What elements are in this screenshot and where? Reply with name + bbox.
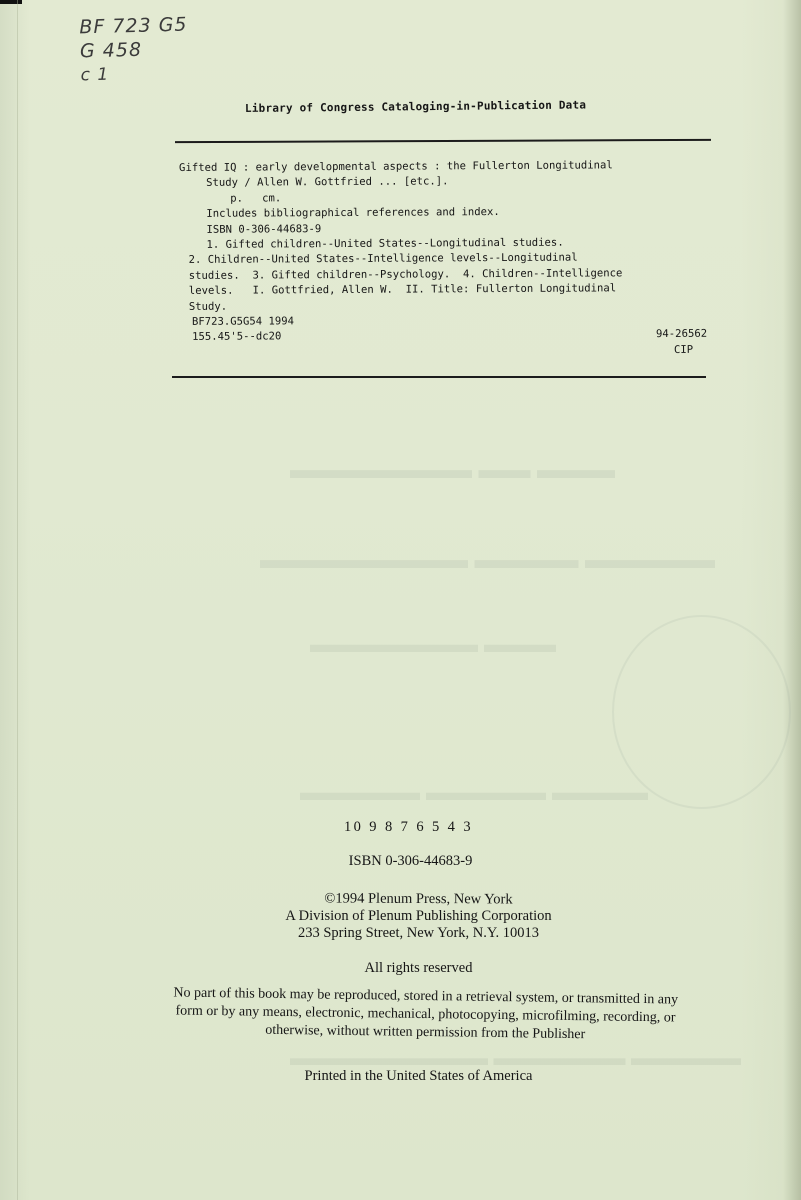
call-number-line: BF 723 G5 — [79, 13, 188, 40]
copyright-notice: ©1994 Plenum Press, New York — [18, 889, 801, 910]
cip-label: CIP — [674, 342, 707, 358]
printing-number-line: 10 9 8 7 6 5 4 3 — [8, 819, 801, 836]
rights-reserved: All rights reserved — [18, 960, 801, 977]
bleed-through-text: ▬▬▬▬ ▬▬▬▬▬ ▬▬▬▬▬ — [300, 780, 648, 807]
legal-notice: No part of this book may be reproduced, … — [25, 982, 801, 1047]
cip-heading: Library of Congress Cataloging-in-Public… — [245, 98, 586, 115]
cip-top-rule — [175, 139, 711, 143]
isbn: ISBN 0-306-44683-9 — [10, 853, 801, 870]
lc-call-number: BF723.G5G54 1994 — [192, 314, 294, 330]
cip-record: Gifted IQ : early developmental aspects … — [176, 158, 707, 361]
dewey-classification: 155.45'5--dc20 — [192, 330, 281, 346]
call-number-line: G 458 — [80, 37, 189, 64]
cip-label-row: CIP — [177, 342, 707, 361]
library-stamp-ghost — [612, 615, 791, 809]
scan-edge — [0, 0, 22, 4]
handwritten-call-number: BF 723 G5 G 458 c 1 — [79, 13, 189, 88]
publisher-division: A Division of Plenum Publishing Corporat… — [18, 908, 801, 925]
bleed-through-text: ▬▬▬ ▬▬ ▬▬▬▬▬▬▬ — [290, 455, 615, 485]
printed-in: Printed in the United States of America — [18, 1068, 801, 1085]
page-gutter — [17, 0, 18, 1200]
copyright-page: ▬▬▬ ▬▬ ▬▬▬▬▬▬▬ ▬▬▬▬▬ ▬▬▬▬ ▬▬▬▬▬▬▬▬ ▬▬▬ ▬… — [0, 0, 801, 1200]
lccn: 94-26562 — [656, 327, 707, 343]
publisher-address: 233 Spring Street, New York, N.Y. 10013 — [18, 925, 801, 942]
bleed-through-text: ▬▬▬ ▬▬▬▬▬▬▬ — [310, 632, 556, 659]
cip-bottom-rule — [172, 376, 706, 378]
bleed-through-text: ▬▬▬▬▬ ▬▬▬▬ ▬▬▬▬▬▬▬▬ — [260, 545, 715, 575]
publisher-info: ©1994 Plenum Press, New York A Division … — [18, 891, 801, 942]
copy-number: c 1 — [80, 61, 189, 88]
